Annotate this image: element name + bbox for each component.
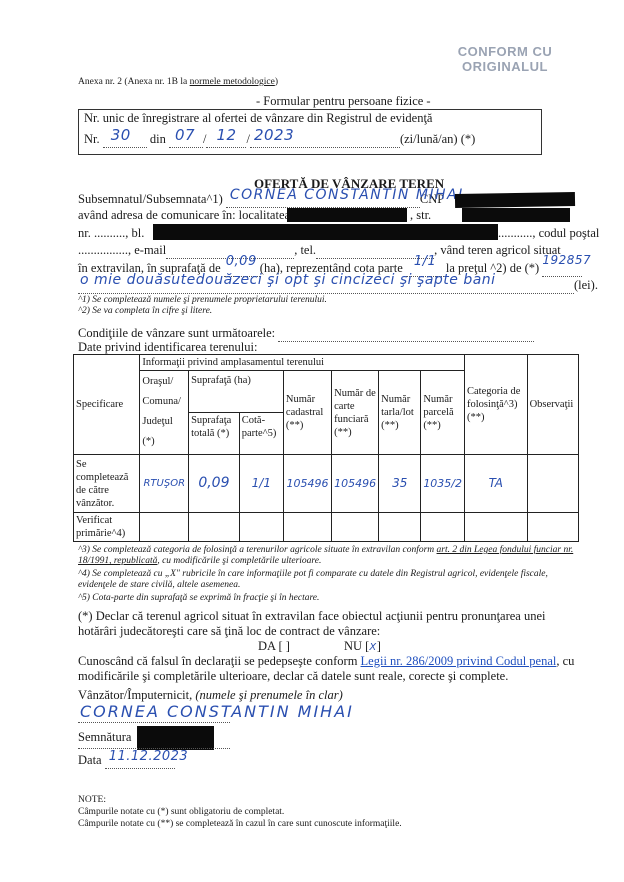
header-location-group: Informaţii privind amplasamentul terenul… (140, 355, 465, 371)
land-identification-table: Specificare Informaţii privind amplasame… (73, 354, 579, 542)
registration-label: Nr. unic de înregistrare al ofertei de v… (84, 111, 432, 126)
penal-code-link[interactable]: Legii nr. 286/2009 privind Codul penal (361, 654, 557, 668)
notes-title: NOTE: (78, 795, 106, 805)
din-label: din (150, 132, 166, 146)
notes-line-1: Câmpurile notate cu (*) sunt obligatoriu… (78, 807, 284, 817)
address-line: având adresa de comunicare în: localitat… (78, 208, 290, 223)
cell-cota-parte[interactable]: 1/1 (239, 455, 283, 513)
cell-carte-funciara[interactable] (332, 513, 379, 542)
signature-label: Semnătura (78, 730, 131, 745)
cell-cadastral[interactable] (283, 513, 331, 542)
footnote-4: ^4) Se completează cu „X" rubricile în c… (78, 569, 578, 591)
option-nu-label: NU [ (344, 639, 369, 653)
identification-label: Date privind identificarea terenului: (78, 340, 257, 355)
date-line: Data 11.12.2023 (78, 753, 175, 769)
row-label: Se completează de către vânzător. (74, 455, 140, 513)
seller-line: Vânzător/Împuternicit, (numele şi prenum… (78, 688, 343, 703)
seller-label: Vânzător/Împuternicit, (78, 688, 192, 702)
certified-copy-stamp: CONFORM CU ORIGINALUL (440, 44, 570, 74)
footnote-3-prefix: ^3) Se completează categoria de folosinţ… (78, 545, 437, 555)
penal-statement: Cunoscând că falsul în declaraţii se ped… (78, 654, 578, 684)
stamp-line-2: ORIGINALUL (440, 59, 570, 74)
cell-suprafata-totala[interactable]: 0,09 (189, 455, 240, 513)
registration-number-line: Nr. 30 din 07 /12 /2023 (zi/lună/an) (*) (84, 132, 475, 148)
price-words-field[interactable]: o mie douăsutedouăzeci şi opt şi cincize… (78, 278, 574, 294)
conditions-label: Condiţiile de vânzare sunt următoarele: (78, 326, 275, 340)
seller-name-dots (78, 722, 230, 723)
date-format-hint: (zi/lună/an) (*) (400, 132, 475, 146)
header-tarla: Număr tarla/lot (**) (379, 371, 421, 455)
address-label: având adresa de comunicare în: localitat… (78, 208, 290, 222)
table-row: Se completează de către vânzător. RTUŞOR… (74, 455, 579, 513)
contact-line: ................, e-mail , tel. , vând t… (78, 243, 561, 259)
owner-name-line: Subsemnatul/Subsemnata^1) CORNEA CONSTAN… (78, 192, 444, 208)
footnote-1: ^1) Se completează numele şi prenumele p… (78, 295, 327, 305)
cell-carte-funciara[interactable]: 105496 (332, 455, 379, 513)
cnp-redaction (455, 192, 575, 208)
row-label: Verificat primărie^4) (74, 513, 140, 542)
form-type: - Formular pentru persoane fizice - (256, 94, 431, 109)
cell-parcela[interactable]: 1035/2 (421, 455, 465, 513)
month-field[interactable]: 12 (206, 132, 246, 148)
cell-observatii[interactable] (527, 455, 578, 513)
price-field[interactable]: 192857 (542, 261, 582, 277)
nr-value: 30 (111, 126, 131, 144)
footnote-3: ^3) Se completează categoria de folosinţ… (78, 545, 578, 567)
month-value: 12 (216, 126, 236, 144)
cell-cota-parte[interactable] (239, 513, 283, 542)
header-suprafata: Suprafaţă (ha) (189, 371, 284, 413)
footnote-2: ^2) Se va completa în cifre şi litere. (78, 306, 212, 316)
cell-oras[interactable]: RTUŞOR (140, 455, 189, 513)
currency-label: (lei). (574, 278, 598, 292)
option-da[interactable]: DA [ ] (258, 639, 290, 654)
penal-prefix: Cunoscând că falsul în declaraţii se ped… (78, 654, 361, 668)
header-observatii: Observaţii (527, 355, 578, 455)
header-carte-funciara: Număr de carte funciară (**) (332, 371, 379, 455)
year-value: 2023 (254, 126, 294, 144)
block-label: bl. (131, 226, 144, 240)
header-cadastral: Număr cadastral (**) (283, 371, 331, 455)
price-words-value: o mie douăsutedouăzeci şi opt şi cincize… (80, 272, 496, 288)
house-nr-label: nr. .........., (78, 226, 128, 240)
header-specificare: Specificare (74, 355, 140, 455)
cell-cadastral[interactable]: 105496 (283, 455, 331, 513)
street-label: , str. (410, 208, 431, 223)
annex-link[interactable]: normele metodologice (190, 77, 275, 87)
header-categoria: Categoria de folosinţă^3) (**) (465, 355, 528, 455)
footnote-3-suffix: , cu modificările şi completările ulteri… (157, 556, 321, 566)
locality-redaction (287, 208, 407, 222)
option-nu-close: ] (377, 639, 381, 653)
cell-tarla[interactable]: 35 (379, 455, 421, 513)
nr-bl-line: nr. .........., bl. (78, 226, 144, 241)
header-parcela: Număr parcelă (**) (421, 371, 465, 455)
owner-name-value: CORNEA CONSTANTIN MIHAI (230, 187, 464, 203)
email-label: ................, e-mail (78, 243, 166, 257)
seller-hint: (numele şi prenumele în clar) (195, 688, 342, 702)
cell-oras[interactable] (140, 513, 189, 542)
day-value: 07 (175, 126, 195, 144)
owner-name-field[interactable]: CORNEA CONSTANTIN MIHAI (226, 192, 420, 208)
cell-observatii[interactable] (527, 513, 578, 542)
block-redaction (153, 224, 498, 240)
stamp-line-1: CONFORM CU (440, 44, 570, 59)
date-field[interactable]: 11.12.2023 (105, 753, 175, 769)
cell-categoria[interactable]: TA (465, 455, 528, 513)
street-redaction (462, 208, 570, 222)
header-cota-parte: Cotă-parte^5) (239, 413, 283, 455)
date-label: Data (78, 753, 102, 767)
phone-label: , tel. (294, 243, 316, 257)
table-row: Verificat primărie^4) (74, 513, 579, 542)
declaration-text: (*) Declar că terenul agricol situat în … (78, 609, 578, 639)
date-value: 11.12.2023 (109, 749, 188, 764)
postal-code-label: ..........., codul poştal (498, 226, 599, 241)
price-words-line: o mie douăsutedouăzeci şi opt şi cincize… (78, 278, 598, 294)
nr-label: Nr. (84, 132, 100, 146)
header-oras: Oraşul/ Comuna/ Judeţul (*) (140, 371, 189, 455)
price-value: 192857 (542, 253, 591, 267)
annex-reference: Anexa nr. 2 (Anexa nr. 1B la normele met… (78, 77, 278, 87)
year-field[interactable]: 2023 (250, 132, 400, 148)
signature-redaction (137, 726, 214, 750)
option-nu[interactable]: NU [X] (344, 639, 381, 654)
notes-line-2: Câmpurile notate cu (**) se completează … (78, 819, 402, 829)
annex-suffix: ) (275, 77, 278, 87)
nr-field[interactable]: 30 (103, 132, 147, 148)
seller-name-value[interactable]: CORNEA CONSTANTIN MIHAI (80, 702, 354, 721)
cell-categoria[interactable] (465, 513, 528, 542)
owner-name-label: Subsemnatul/Subsemnata^1) (78, 192, 223, 206)
footnote-5: ^5) Cota-parte din suprafaţă se exprimă … (78, 593, 319, 603)
conditions-field[interactable] (278, 326, 534, 342)
cell-suprafata-totala[interactable] (189, 513, 240, 542)
cell-parcela[interactable] (421, 513, 465, 542)
annex-prefix: Anexa nr. 2 (Anexa nr. 1B la (78, 77, 190, 87)
option-nu-checkmark: X (369, 642, 376, 653)
cell-tarla[interactable] (379, 513, 421, 542)
share-value: 1/1 (414, 254, 436, 269)
header-suprafata-totala: Suprafaţa totală (*) (189, 413, 240, 455)
area-value: 0,09 (226, 254, 257, 269)
day-field[interactable]: 07 (169, 132, 203, 148)
